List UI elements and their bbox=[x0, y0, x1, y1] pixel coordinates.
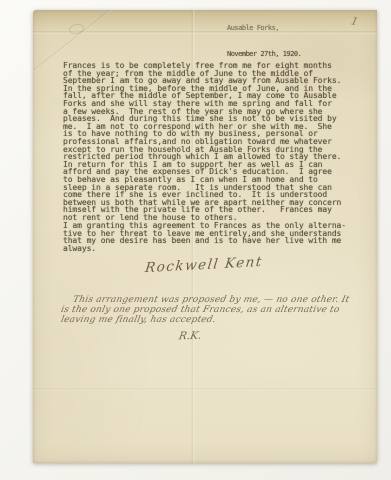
body-paragraph-1: Frances is to be completely free from me… bbox=[63, 62, 341, 221]
body-paragraph-2: I am granting this agreement to Frances … bbox=[63, 222, 346, 252]
fold-crease-horizontal-bottom bbox=[33, 388, 377, 391]
place-line: Ausable Forks, bbox=[227, 24, 301, 33]
postscript-line-3: leaving me finally, has accepted. bbox=[60, 315, 217, 325]
postscript-initials: R.K. bbox=[178, 330, 203, 343]
postscript-line-2: is the only one proposed that Frances, a… bbox=[60, 305, 341, 315]
postscript-line-1: This arrangement was proposed by me, — n… bbox=[72, 295, 350, 305]
letter-page: Ausable Forks, November 27th, 1920. 1 Fr… bbox=[33, 10, 377, 463]
scan-background: Ausable Forks, November 27th, 1920. 1 Fr… bbox=[0, 0, 391, 480]
page-number: 1 bbox=[350, 14, 360, 28]
date-line: November 27th, 1920. bbox=[227, 50, 301, 59]
signature-rockwell-kent: Rockwell Kent bbox=[144, 254, 264, 276]
